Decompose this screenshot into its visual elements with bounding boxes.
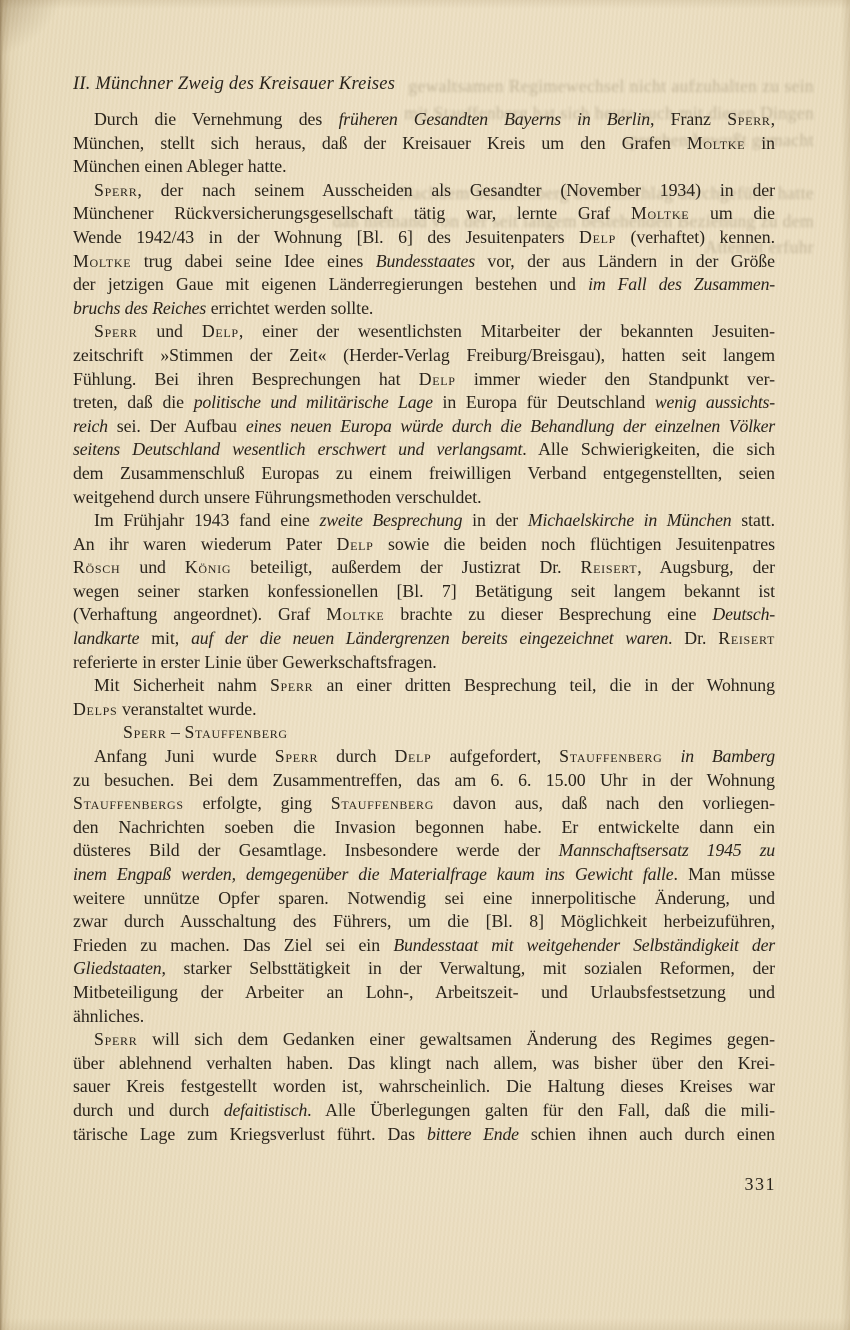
text-segment: landkarte: [73, 628, 139, 648]
text-segment: in der: [462, 510, 528, 530]
text-segment: Münchener Rückversicherungsgesellschaft …: [73, 203, 631, 223]
text-line: der jetzigen Gaue mit eigenen Länderregi…: [73, 273, 775, 297]
text-segment: wenig aussichts-: [655, 392, 775, 412]
text-segment: ,: [771, 109, 775, 129]
text-segment: Sperr: [94, 1029, 137, 1049]
text-segment: düsteres Bild der Gesamtlage. Insbesonde…: [73, 840, 559, 860]
text-line: zu besuchen. Bei dem Zusammentreffen, da…: [73, 769, 775, 793]
text-segment: und: [137, 321, 201, 341]
text-segment: im Fall des Zusammen-: [588, 274, 775, 294]
paragraph: Anfang Juni wurde Sperr durch Delp aufge…: [73, 745, 775, 1028]
text-segment: und: [120, 557, 185, 577]
text-line: Rösch und König beteiligt, außerdem der …: [73, 556, 775, 580]
paragraph: Mit Sicherheit nahm Sperr an einer dritt…: [73, 674, 775, 721]
text-line: (Verhaftung angeordnet). Graf Moltke bra…: [73, 603, 775, 627]
text-segment: Deutsch-: [712, 604, 775, 624]
text-line: dem Zusammenschluß Europas zu einem frei…: [73, 462, 775, 486]
text-line: Anfang Juni wurde Sperr durch Delp aufge…: [73, 745, 775, 769]
text-segment: , Franz: [650, 109, 727, 129]
text-segment: Michaelskirche in München: [528, 510, 732, 530]
text-segment: Wende 1942/43 in der Wohnung [Bl. 6] des…: [73, 227, 579, 247]
text-segment: in: [745, 133, 775, 153]
text-segment: Sperr: [94, 180, 137, 200]
text-block: Durch die Vernehmung des früheren Gesand…: [73, 108, 775, 1146]
text-segment: eines neuen Europa würde durch die Behan…: [246, 416, 775, 436]
text-segment: dem Zusammenschluß Europas zu einem frei…: [73, 463, 775, 483]
text-segment: Sperr: [727, 109, 770, 129]
text-segment: München, stellt sich heraus, daß der Kre…: [73, 133, 687, 153]
text-segment: weitere unnütze Opfer sparen. Notwendig …: [73, 888, 775, 908]
text-line: seitens Deutschland wesentlich erschwert…: [73, 438, 775, 462]
text-segment: bittere Ende: [427, 1124, 519, 1144]
text-segment: Rösch: [73, 557, 120, 577]
text-segment: durch: [318, 746, 394, 766]
text-segment: wegen seiner starken konfessionellen [Bl…: [73, 581, 775, 601]
text-segment: Stauffenbergs: [73, 793, 184, 813]
text-segment: Mitbeteiligung der Arbeiter an Lohn-, Ar…: [73, 982, 775, 1002]
text-line: inem Engpaß werden, demgegenüber die Mat…: [73, 863, 775, 887]
text-segment: Delp: [337, 534, 374, 554]
text-segment: der jetzigen Gaue mit eigenen Länderregi…: [73, 274, 588, 294]
text-segment: statt.: [731, 510, 775, 530]
text-segment: München einen Ableger hatte.: [73, 156, 287, 176]
text-segment: treten, daß die: [73, 392, 194, 412]
text-segment: Im Frühjahr 1943 fand eine: [94, 510, 319, 530]
text-segment: , der nach seinem Ausscheiden als Gesand…: [137, 180, 775, 200]
text-line: weitere unnütze Opfer sparen. Notwendig …: [73, 887, 775, 911]
text-segment: . Alle Überlegungen galten für den Fall,…: [307, 1100, 775, 1120]
text-line: treten, daß die politische und militäris…: [73, 391, 775, 415]
text-segment: durch und durch: [73, 1100, 224, 1120]
text-segment: weitgehend durch unsere Führungsmethoden…: [73, 487, 482, 507]
text-segment: über ablehnend verhalten haben. Das klin…: [73, 1053, 775, 1073]
text-line: landkarte mit, auf der die neuen Länderg…: [73, 627, 775, 651]
text-segment: davon aus, daß nach den vorliegen-: [434, 793, 775, 813]
text-segment: Sperr: [94, 321, 137, 341]
text-segment: Delps: [73, 699, 117, 719]
text-segment: an einer dritten Besprechung teil, die i…: [313, 675, 775, 695]
page-number: 331: [745, 1174, 777, 1195]
text-segment: Moltke: [73, 251, 131, 271]
text-segment: aufgefordert,: [431, 746, 559, 766]
text-line: An ihr waren wiederum Pater Delp sowie d…: [73, 533, 775, 557]
text-segment: An ihr waren wiederum Pater: [73, 534, 337, 554]
text-segment: brachte zu dieser Besprechung eine: [384, 604, 712, 624]
text-segment: König: [185, 557, 231, 577]
text-line: weitgehend durch unsere Führungsmethoden…: [73, 486, 775, 510]
text-line: Sperr – Stauffenberg: [73, 721, 775, 745]
text-segment: zeitschrift »Stimmen der Zeit« (Herder-V…: [73, 345, 775, 365]
text-line: Sperr will sich dem Gedanken einer gewal…: [73, 1028, 775, 1052]
text-line: Delps veranstaltet wurde.: [73, 698, 775, 722]
text-segment: reich: [73, 416, 108, 436]
text-segment: Sperr: [270, 675, 313, 695]
text-segment: Gliedstaaten: [73, 958, 161, 978]
text-segment: . Alle Schwierigkeiten, die sich: [522, 439, 775, 459]
text-segment: Stauffenberg: [559, 746, 662, 766]
text-column: II. Münchner Zweig des Kreisauer Kreises…: [73, 72, 775, 1146]
text-segment: Reisert: [718, 628, 775, 648]
text-segment: Delp: [579, 227, 616, 247]
text-line: tärische Lage zum Kriegsverlust führt. D…: [73, 1123, 775, 1147]
text-segment: sauer Kreis festgestellt worden ist, wah…: [73, 1076, 775, 1096]
text-segment: will sich dem Gedanken einer gewaltsamen…: [137, 1029, 775, 1049]
text-segment: Delp: [419, 369, 456, 389]
text-line: München einen Ableger hatte.: [73, 155, 775, 179]
paragraph: Sperr will sich dem Gedanken einer gewal…: [73, 1028, 775, 1146]
text-line: Gliedstaaten, starker Selbsttätigkeit in…: [73, 957, 775, 981]
text-segment: veranstaltet wurde.: [117, 699, 256, 719]
text-segment: zweite Besprechung: [319, 510, 462, 530]
text-segment: . Man müsse: [673, 864, 775, 884]
text-segment: ähnliches.: [73, 1006, 144, 1026]
text-line: durch und durch defaitistisch. Alle Über…: [73, 1099, 775, 1123]
text-segment: zwar durch Ausschaltung des Führers, um …: [73, 911, 775, 931]
paragraph: Sperr, der nach seinem Ausscheiden als G…: [73, 179, 775, 321]
text-segment: Stauffenberg: [184, 722, 287, 742]
text-line: Moltke trug dabei seine Idee eines Bunde…: [73, 250, 775, 274]
text-line: über ablehnend verhalten haben. Das klin…: [73, 1052, 775, 1076]
text-segment: Moltke: [631, 203, 689, 223]
text-segment: seitens Deutschland wesentlich erschwert…: [73, 439, 522, 459]
text-segment: politische und militärische Lage: [194, 392, 433, 412]
text-segment: sei. Der Aufbau: [108, 416, 246, 436]
text-line: Wende 1942/43 in der Wohnung [Bl. 6] des…: [73, 226, 775, 250]
text-segment: Moltke: [326, 604, 384, 624]
text-segment: den Nachrichten soeben die Invasion bego…: [73, 817, 775, 837]
text-segment: Reisert: [581, 557, 638, 577]
text-segment: defaitistisch: [224, 1100, 307, 1120]
text-segment: beteiligt, außerdem der Justizrat Dr.: [231, 557, 580, 577]
text-segment: (verhaftet) kennen.: [616, 227, 775, 247]
text-segment: , starker Selbsttätigkeit in der Verwalt…: [161, 958, 775, 978]
text-segment: trug dabei seine Idee eines: [131, 251, 376, 271]
text-segment: referierte in erster Linie über Gewerksc…: [73, 652, 437, 672]
text-segment: in Bamberg: [681, 746, 775, 766]
text-segment: Frieden zu machen. Das Ziel sei ein: [73, 935, 393, 955]
text-line: Sperr und Delp, einer der wesentlichsten…: [73, 320, 775, 344]
text-line: Stauffenbergs erfolgte, ging Stauffenber…: [73, 792, 775, 816]
text-line: Münchener Rückversicherungsgesellschaft …: [73, 202, 775, 226]
text-segment: Delp: [394, 746, 431, 766]
text-segment: sowie die beiden noch flüchtigen Jesuite…: [374, 534, 775, 554]
text-segment: Stauffenberg: [331, 793, 434, 813]
text-segment: Sperr: [123, 722, 166, 742]
text-line: Frieden zu machen. Das Ziel sei ein Bund…: [73, 934, 775, 958]
text-line: sauer Kreis festgestellt worden ist, wah…: [73, 1075, 775, 1099]
text-segment: . Dr.: [668, 628, 718, 648]
text-segment: auf der die neuen Ländergrenzen bereits …: [191, 628, 668, 648]
text-segment: , Augsburg, der: [637, 557, 775, 577]
text-line: zwar durch Ausschaltung des Führers, um …: [73, 910, 775, 934]
text-segment: Sperr: [275, 746, 318, 766]
subheading: Sperr – Stauffenberg: [73, 721, 775, 745]
text-segment: Delp: [202, 321, 239, 341]
text-line: Sperr, der nach seinem Ausscheiden als G…: [73, 179, 775, 203]
text-segment: zu besuchen. Bei dem Zusammentreffen, da…: [73, 770, 775, 790]
text-segment: errichtet werden sollte.: [206, 298, 373, 318]
text-line: düsteres Bild der Gesamtlage. Insbesonde…: [73, 839, 775, 863]
text-segment: , einer der wesentlichsten Mitarbeiter d…: [239, 321, 775, 341]
text-line: Mit Sicherheit nahm Sperr an einer dritt…: [73, 674, 775, 698]
text-segment: immer wieder den Standpunkt ver-: [456, 369, 775, 389]
text-segment: –: [166, 722, 184, 742]
text-line: Im Frühjahr 1943 fand eine zweite Bespre…: [73, 509, 775, 533]
text-segment: Moltke: [687, 133, 745, 153]
text-segment: schien ihnen auch durch einen: [519, 1124, 775, 1144]
text-line: referierte in erster Linie über Gewerksc…: [73, 651, 775, 675]
text-line: bruchs des Reiches errichtet werden soll…: [73, 297, 775, 321]
text-line: Fühlung. Bei ihren Besprechungen hat Del…: [73, 368, 775, 392]
paragraph: Sperr und Delp, einer der wesentlichsten…: [73, 320, 775, 509]
text-segment: früheren Gesandten Bayerns in Berlin: [339, 109, 650, 129]
text-segment: bruchs des Reiches: [73, 298, 206, 318]
paragraph: Durch die Vernehmung des früheren Gesand…: [73, 108, 775, 179]
text-segment: (Verhaftung angeordnet). Graf: [73, 604, 326, 624]
text-line: den Nachrichten soeben die Invasion bego…: [73, 816, 775, 840]
text-line: Mitbeteiligung der Arbeiter an Lohn-, Ar…: [73, 981, 775, 1005]
text-line: Durch die Vernehmung des früheren Gesand…: [73, 108, 775, 132]
text-segment: Mit Sicherheit nahm: [94, 675, 270, 695]
text-line: zeitschrift »Stimmen der Zeit« (Herder-V…: [73, 344, 775, 368]
text-segment: erfolgte, ging: [184, 793, 331, 813]
text-segment: um die: [689, 203, 775, 223]
text-segment: Fühlung. Bei ihren Besprechungen hat: [73, 369, 419, 389]
text-segment: mit,: [139, 628, 191, 648]
text-segment: Mannschaftsersatz 1945 zu: [559, 840, 775, 860]
page-heading: II. Münchner Zweig des Kreisauer Kreises: [73, 72, 775, 96]
text-segment: Bundesstaates: [376, 251, 475, 271]
text-line: wegen seiner starken konfessionellen [Bl…: [73, 580, 775, 604]
text-segment: inem Engpaß werden, demgegenüber die Mat…: [73, 864, 673, 884]
text-segment: [663, 746, 681, 766]
paragraph: Im Frühjahr 1943 fand eine zweite Bespre…: [73, 509, 775, 674]
text-segment: Anfang Juni wurde: [94, 746, 275, 766]
text-segment: vor, der aus Ländern in der Größe: [475, 251, 775, 271]
text-segment: tärische Lage zum Kriegsverlust führt. D…: [73, 1124, 427, 1144]
text-line: reich sei. Der Aufbau eines neuen Europa…: [73, 415, 775, 439]
text-segment: in Europa für Deutschland: [433, 392, 655, 412]
text-segment: Durch die Vernehmung des: [94, 109, 339, 129]
text-segment: Bundesstaat mit weitgehender Selbständig…: [393, 935, 775, 955]
text-line: ähnliches.: [73, 1005, 775, 1029]
text-line: München, stellt sich heraus, daß der Kre…: [73, 132, 775, 156]
